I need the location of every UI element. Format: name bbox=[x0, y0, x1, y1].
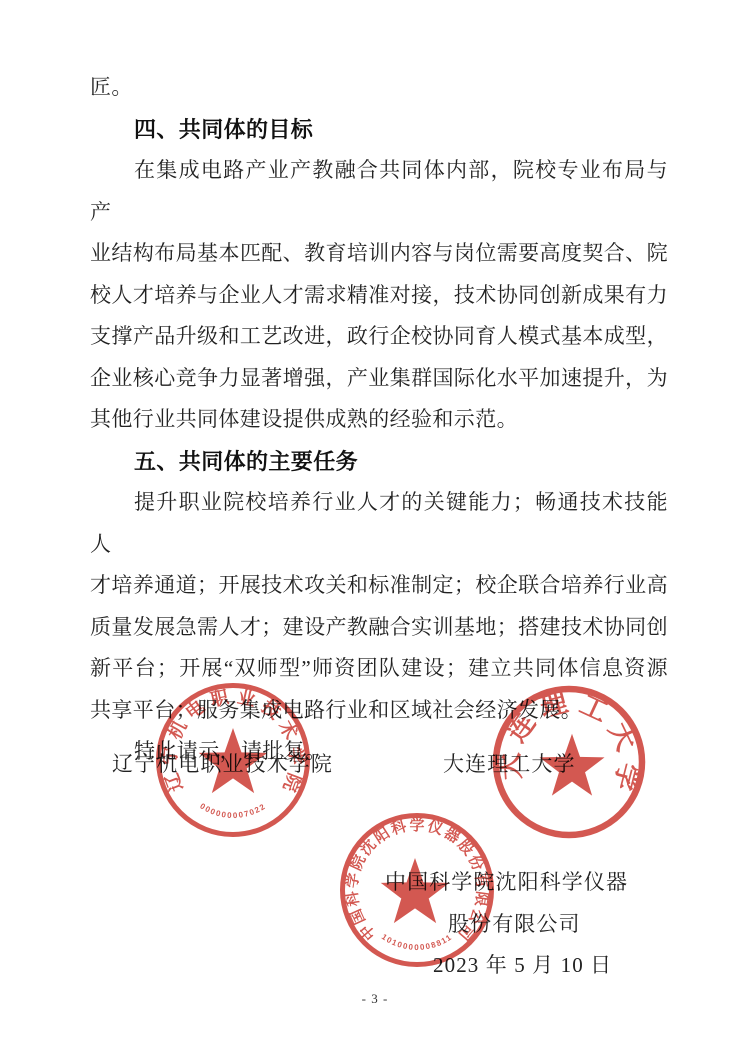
section-heading-4: 四、共同体的目标 bbox=[90, 109, 668, 151]
section-heading-5: 五、共同体的主要任务 bbox=[90, 441, 668, 483]
section-4-paragraph: 在集成电路产业产教融合共同体内部，院校专业布局与产业结构布局基本匹配、教育培训内… bbox=[90, 150, 668, 441]
paragraph-continuation-line: 匠。 bbox=[90, 67, 668, 109]
paragraph-line: 才培养通道；开展技术攻关和标准制定；校企联合培养行业高 bbox=[90, 565, 668, 607]
paragraph-line: 企业核心竞争力显著增强，产业集群国际化水平加速提升，为 bbox=[90, 358, 668, 400]
page-number: - 3 - bbox=[0, 991, 750, 1007]
seal-star-icon bbox=[539, 734, 604, 796]
document-body: 匠。 四、共同体的目标 在集成电路产业产教融合共同体内部，院校专业布局与产业结构… bbox=[90, 67, 668, 773]
paragraph-line: 其他行业共同体建设提供成熟的经验和示范。 bbox=[90, 399, 668, 441]
seal-star-icon bbox=[199, 728, 267, 793]
official-seal-zhongkeyuan-shenyang: 中国科学院沈阳科学仪器股份有限公司 210100000088114 bbox=[337, 810, 497, 970]
paragraph-line: 在集成电路产业产教融合共同体内部，院校专业布局与产 bbox=[90, 150, 668, 233]
paragraph-line: 提升职业院校培养行业人才的关键能力；畅通技术技能人 bbox=[90, 482, 668, 565]
paragraph-line: 校人才培养与企业人才需求精准对接，技术协同创新成果有力 bbox=[90, 275, 668, 317]
paragraph-line: 业结构布局基本匹配、教育培训内容与岗位需要高度契合、院 bbox=[90, 233, 668, 275]
paragraph-line: 质量发展急需人才；建设产教融合实训基地；搭建技术协同创 bbox=[90, 607, 668, 649]
document-page: 匠。 四、共同体的目标 在集成电路产业产教融合共同体内部，院校专业布局与产业结构… bbox=[0, 0, 750, 1056]
paragraph-line: 支撑产品升级和工艺改进，政行企校协同育人模式基本成型， bbox=[90, 316, 668, 358]
official-seal-dalian-ligong: 大连理工大学 bbox=[489, 682, 649, 842]
official-seal-liaoning-jidian: 辽宁机电职业技术学院 2100000000702203 bbox=[153, 680, 313, 840]
seal-star-icon bbox=[381, 858, 449, 923]
